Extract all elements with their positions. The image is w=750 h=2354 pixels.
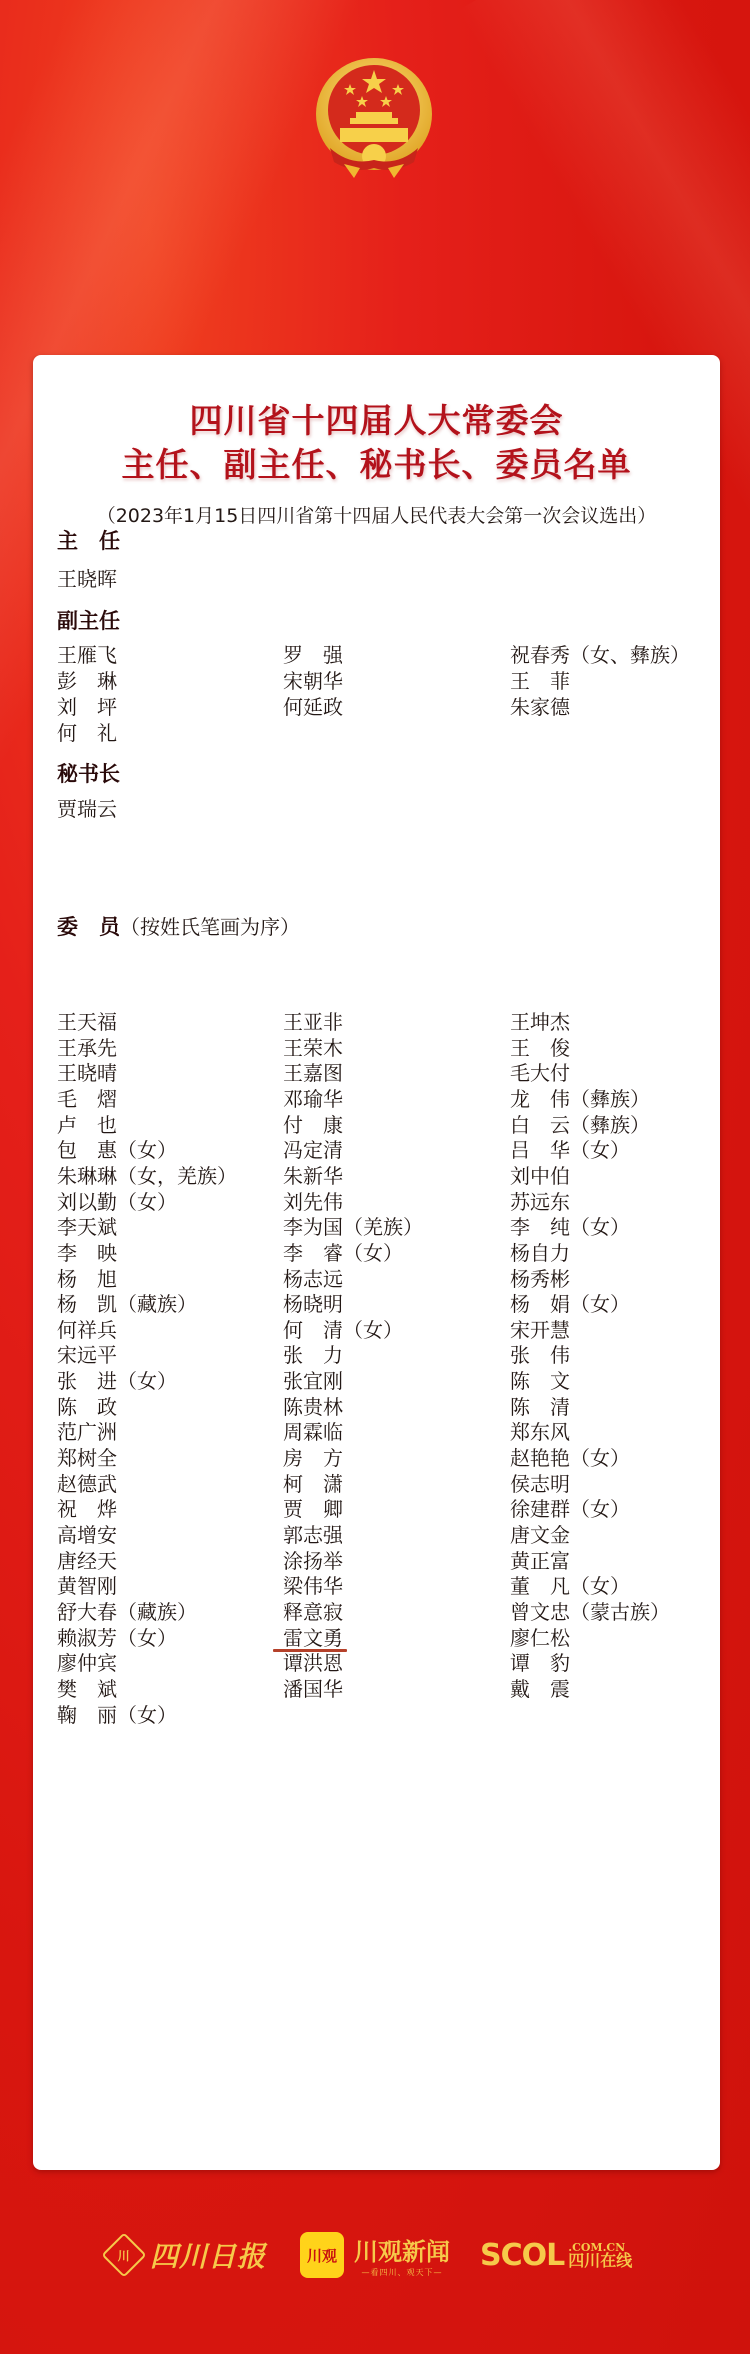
name-entry: 李 映 xyxy=(57,1237,117,1266)
name-entry: 张 进（女） xyxy=(57,1365,177,1394)
name-entry: 陈贵林 xyxy=(283,1391,343,1420)
members-order-note: （按姓氏笔画为序） xyxy=(120,915,300,939)
section-heading-director: 主 任 xyxy=(57,525,120,555)
name-entry: 樊 斌 xyxy=(57,1673,117,1702)
page-title-line1: 四川省十四届人大常委会 xyxy=(33,395,720,442)
name-entry: 谭洪恩 xyxy=(283,1647,343,1676)
name-entry: 王承先 xyxy=(57,1032,117,1061)
name-entry: 宋朝华 xyxy=(283,665,343,694)
name-entry: 张 伟 xyxy=(510,1339,570,1368)
logo-sichuan-daily: 川 四川日报 xyxy=(108,2230,266,2280)
name-entry: 潘国华 xyxy=(283,1673,343,1702)
name-entry: 邓瑜华 xyxy=(283,1083,343,1112)
name-entry: 赵艳艳（女） xyxy=(510,1442,630,1471)
name-entry: 朱家德 xyxy=(510,691,570,720)
name-entry: 戴 震 xyxy=(510,1673,570,1702)
director-name: 王晓晖 xyxy=(57,563,117,592)
name-entry: 赵德武 xyxy=(57,1468,117,1497)
election-note: （2023年1月15日四川省第十四届人民代表大会第一次会议选出） xyxy=(33,501,720,528)
section-heading-deputy-directors: 副主任 xyxy=(57,605,120,635)
name-entry: 王晓晴 xyxy=(57,1057,117,1086)
chuanguan-app-icon: 川观 xyxy=(300,2232,344,2278)
name-entry: 王天福 xyxy=(57,1006,117,1035)
name-entry: 刘先伟 xyxy=(283,1186,343,1215)
name-entry: 梁伟华 xyxy=(283,1570,343,1599)
name-entry: 柯 潇 xyxy=(283,1468,343,1497)
name-entry: 房 方 xyxy=(283,1442,343,1471)
scol-cn-name: 四川在线 xyxy=(568,2253,632,2269)
name-entry: 李天斌 xyxy=(57,1211,117,1240)
name-entry: 何延政 xyxy=(283,691,343,720)
name-entry: 朱新华 xyxy=(283,1160,343,1189)
name-entry: 赖淑芳（女） xyxy=(57,1622,177,1651)
name-entry: 张 力 xyxy=(283,1339,343,1368)
name-entry: 王嘉图 xyxy=(283,1057,343,1086)
name-entry: 何祥兵 xyxy=(57,1314,117,1343)
name-entry: 廖仁松 xyxy=(510,1622,570,1651)
name-entry: 雷文勇 xyxy=(283,1622,343,1651)
name-entry: 王荣木 xyxy=(283,1032,343,1061)
name-entry: 刘以勤（女） xyxy=(57,1186,177,1215)
name-entry: 李 纯（女） xyxy=(510,1211,630,1240)
name-entry: 何 清（女） xyxy=(283,1314,403,1343)
name-list-card: 四川省十四届人大常委会 主任、副主任、秘书长、委员名单 （2023年1月15日四… xyxy=(33,355,720,2170)
sichuan-daily-wordmark: 四川日报 xyxy=(150,2235,266,2275)
name-entry: 徐建群（女） xyxy=(510,1493,630,1522)
name-entry: 杨自力 xyxy=(510,1237,570,1266)
name-entry: 高增安 xyxy=(57,1519,117,1548)
name-entry: 鞠 丽（女） xyxy=(57,1699,177,1728)
name-entry: 刘 坪 xyxy=(57,691,117,720)
name-entry: 宋远平 xyxy=(57,1339,117,1368)
name-entry: 王坤杰 xyxy=(510,1006,570,1035)
scol-wordmark: SCOL xyxy=(480,2238,564,2273)
logo-chuanguan-news: 川观 川观新闻 —看四川、观天下— xyxy=(300,2230,450,2280)
name-entry: 祝 烨 xyxy=(57,1493,117,1522)
name-entry: 杨 旭 xyxy=(57,1263,117,1292)
name-entry: 郭志强 xyxy=(283,1519,343,1548)
name-entry: 黄智刚 xyxy=(57,1570,117,1599)
name-entry: 廖仲宾 xyxy=(57,1647,117,1676)
name-entry: 陈 政 xyxy=(57,1391,117,1420)
name-entry: 李 睿（女） xyxy=(283,1237,403,1266)
page-title-line2: 主任、副主任、秘书长、委员名单 xyxy=(33,439,720,486)
name-entry: 侯志明 xyxy=(510,1468,570,1497)
logo-scol: SCOL .COM.CN 四川在线 xyxy=(480,2230,632,2280)
name-entry: 苏远东 xyxy=(510,1186,570,1215)
section-heading-secretary-general: 秘书长 xyxy=(57,758,120,788)
name-entry: 杨志远 xyxy=(283,1263,343,1292)
name-entry: 唐文金 xyxy=(510,1519,570,1548)
name-entry: 龙 伟（彝族） xyxy=(510,1083,650,1112)
chuanguan-wordmark: 川观新闻 xyxy=(354,2232,450,2267)
name-entry: 谭 豹 xyxy=(510,1647,570,1676)
name-entry: 郑东风 xyxy=(510,1416,570,1445)
members-heading-label: 委 员 xyxy=(57,914,120,939)
name-entry: 陈 文 xyxy=(510,1365,570,1394)
name-entry: 王 俊 xyxy=(510,1032,570,1061)
name-entry: 王 菲 xyxy=(510,665,570,694)
name-entry: 王雁飞 xyxy=(57,639,117,668)
footer-logos: 川 四川日报 川观 川观新闻 —看四川、观天下— SCOL .COM.CN 四川… xyxy=(0,2230,750,2280)
name-entry: 白 云（彝族） xyxy=(510,1109,650,1138)
name-entry: 李为国（羌族） xyxy=(283,1211,423,1240)
name-entry: 董 凡（女） xyxy=(510,1570,630,1599)
name-entry: 彭 琳 xyxy=(57,665,117,694)
name-entry: 郑树全 xyxy=(57,1442,117,1471)
name-entry: 唐经天 xyxy=(57,1545,117,1574)
name-entry: 黄正富 xyxy=(510,1545,570,1574)
chuanguan-slogan: —看四川、观天下— xyxy=(362,2267,443,2278)
name-entry: 陈 清 xyxy=(510,1391,570,1420)
name-entry: 宋开慧 xyxy=(510,1314,570,1343)
name-entry: 朱琳琳（女，羌族） xyxy=(57,1160,237,1189)
name-entry: 范广洲 xyxy=(57,1416,117,1445)
name-entry: 卢 也 xyxy=(57,1109,117,1138)
name-entry: 释意寂 xyxy=(283,1596,343,1625)
name-entry: 杨 凯（藏族） xyxy=(57,1288,197,1317)
name-entry: 舒大春（藏族） xyxy=(57,1596,197,1625)
name-entry: 杨秀彬 xyxy=(510,1263,570,1292)
name-entry: 吕 华（女） xyxy=(510,1134,630,1163)
name-entry: 周霖临 xyxy=(283,1416,343,1445)
name-entry: 张宜刚 xyxy=(283,1365,343,1394)
name-entry: 刘中伯 xyxy=(510,1160,570,1189)
name-entry: 罗 强 xyxy=(283,639,343,668)
name-entry: 杨 娟（女） xyxy=(510,1288,630,1317)
section-heading-members: 委 员（按姓氏笔画为序） xyxy=(57,911,300,941)
name-entry: 杨晓明 xyxy=(283,1288,343,1317)
sichuan-daily-mark-icon: 川 xyxy=(101,2232,146,2277)
name-entry: 冯定清 xyxy=(283,1134,343,1163)
name-entry: 毛 熠 xyxy=(57,1083,117,1112)
name-entry: 王亚非 xyxy=(283,1006,343,1035)
name-entry: 何 礼 xyxy=(57,717,117,746)
name-entry: 贾 卿 xyxy=(283,1493,343,1522)
name-entry: 曾文忠（蒙古族） xyxy=(510,1596,670,1625)
name-entry: 付 康 xyxy=(283,1109,343,1138)
secretary-general-name: 贾瑞云 xyxy=(57,793,117,822)
name-entry: 包 惠（女） xyxy=(57,1134,177,1163)
national-emblem-icon xyxy=(310,56,438,184)
name-entry: 毛大付 xyxy=(510,1057,570,1086)
name-entry: 涂扬举 xyxy=(283,1545,343,1574)
name-entry: 祝春秀（女、彝族） xyxy=(510,639,690,668)
